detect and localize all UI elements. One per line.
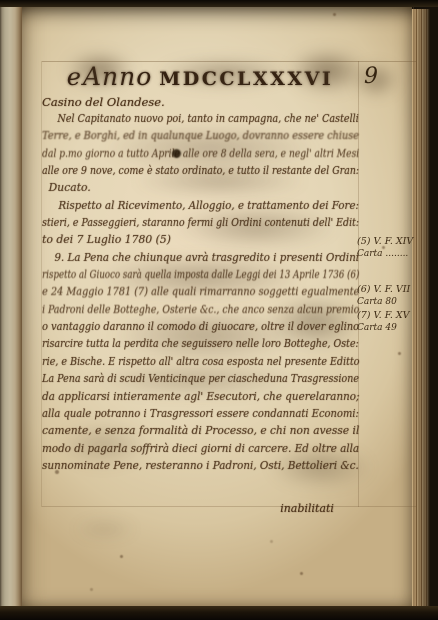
photo-top-shadow — [0, 0, 438, 7]
year-heading: eAnnoMDCCLXXXVI — [42, 62, 358, 91]
manuscript-line: o vantaggio daranno il comodo di giuocar… — [42, 318, 330, 335]
manuscript-line: Rispetto al Ricevimento, Alloggio, e tra… — [42, 197, 343, 214]
photo-bottom-shadow — [0, 606, 438, 620]
roman-numeral-year: MDCCLXXXVI — [159, 68, 333, 90]
manuscript-photo: eAnnoMDCCLXXXVI 9 Casino del Olandese. N… — [0, 0, 438, 620]
manuscript-line: to dei 7 Luglio 1780 (5) — [42, 231, 359, 248]
ink-blot — [172, 149, 181, 158]
calligraphic-flourish: e — [67, 63, 81, 91]
manuscript-line: modo di pagarla soffrirà dieci giorni di… — [42, 440, 346, 457]
manuscript-line: Terre, e Borghi, ed in qualunque Luogo, … — [42, 127, 327, 144]
manuscript-line: 9. La Pena che chiunque avrà trasgredito… — [42, 249, 344, 266]
manuscript-line: rie, e Bische. E rispetto all' altra cos… — [42, 353, 322, 370]
manuscript-line: risarcire tutta la perdita che seguisser… — [42, 335, 320, 352]
manuscript-line: alla quale potranno i Trasgressori esser… — [42, 405, 334, 422]
page-number: 9 — [364, 64, 378, 89]
section-heading: Casino del Olandese. — [42, 95, 165, 109]
catchword: inabilitati — [252, 502, 362, 515]
manuscript-line: Ducato. — [42, 179, 359, 196]
margin-note: (6) V. F. VIICarta 80 — [357, 284, 410, 308]
manuscript-line: stieri, e Passeggieri, staranno fermi gl… — [42, 214, 319, 231]
manuscript-line: sunnominate Pene, resteranno i Padroni, … — [42, 457, 347, 474]
page-edge-crease — [413, 7, 414, 607]
margin-note: (7) V. F. XVCarta 49 — [357, 310, 410, 334]
manuscript-line: La Pena sarà di scudi Venticinque per ci… — [42, 370, 322, 387]
manuscript-line: rispetto al Giuoco sarà quella imposta d… — [42, 266, 296, 283]
body-lines: Nel Capitanato nuovo poi, tanto in campa… — [42, 110, 359, 474]
adjacent-page-edge — [0, 5, 22, 611]
anno-script: Anno — [83, 62, 152, 91]
manuscript-line: da applicarsi intieramente agl' Esecutor… — [42, 388, 347, 405]
manuscript-line: camente, e senza formalità di Processo, … — [42, 422, 355, 439]
manuscript-line: alle ore 9 nove, come è stato ordinato, … — [42, 162, 318, 179]
book-fore-edge-stack — [412, 9, 430, 607]
manuscript-line: e 24 Maggio 1781 (7) alle quali rimarran… — [42, 283, 327, 300]
margin-note: (5) V. F. XIVCarta ........ — [357, 236, 413, 260]
manuscript-line: i Padroni delle Botteghe, Osterie &c., c… — [42, 301, 316, 318]
manuscript-line: Nel Capitanato nuovo poi, tanto in campa… — [42, 110, 323, 127]
